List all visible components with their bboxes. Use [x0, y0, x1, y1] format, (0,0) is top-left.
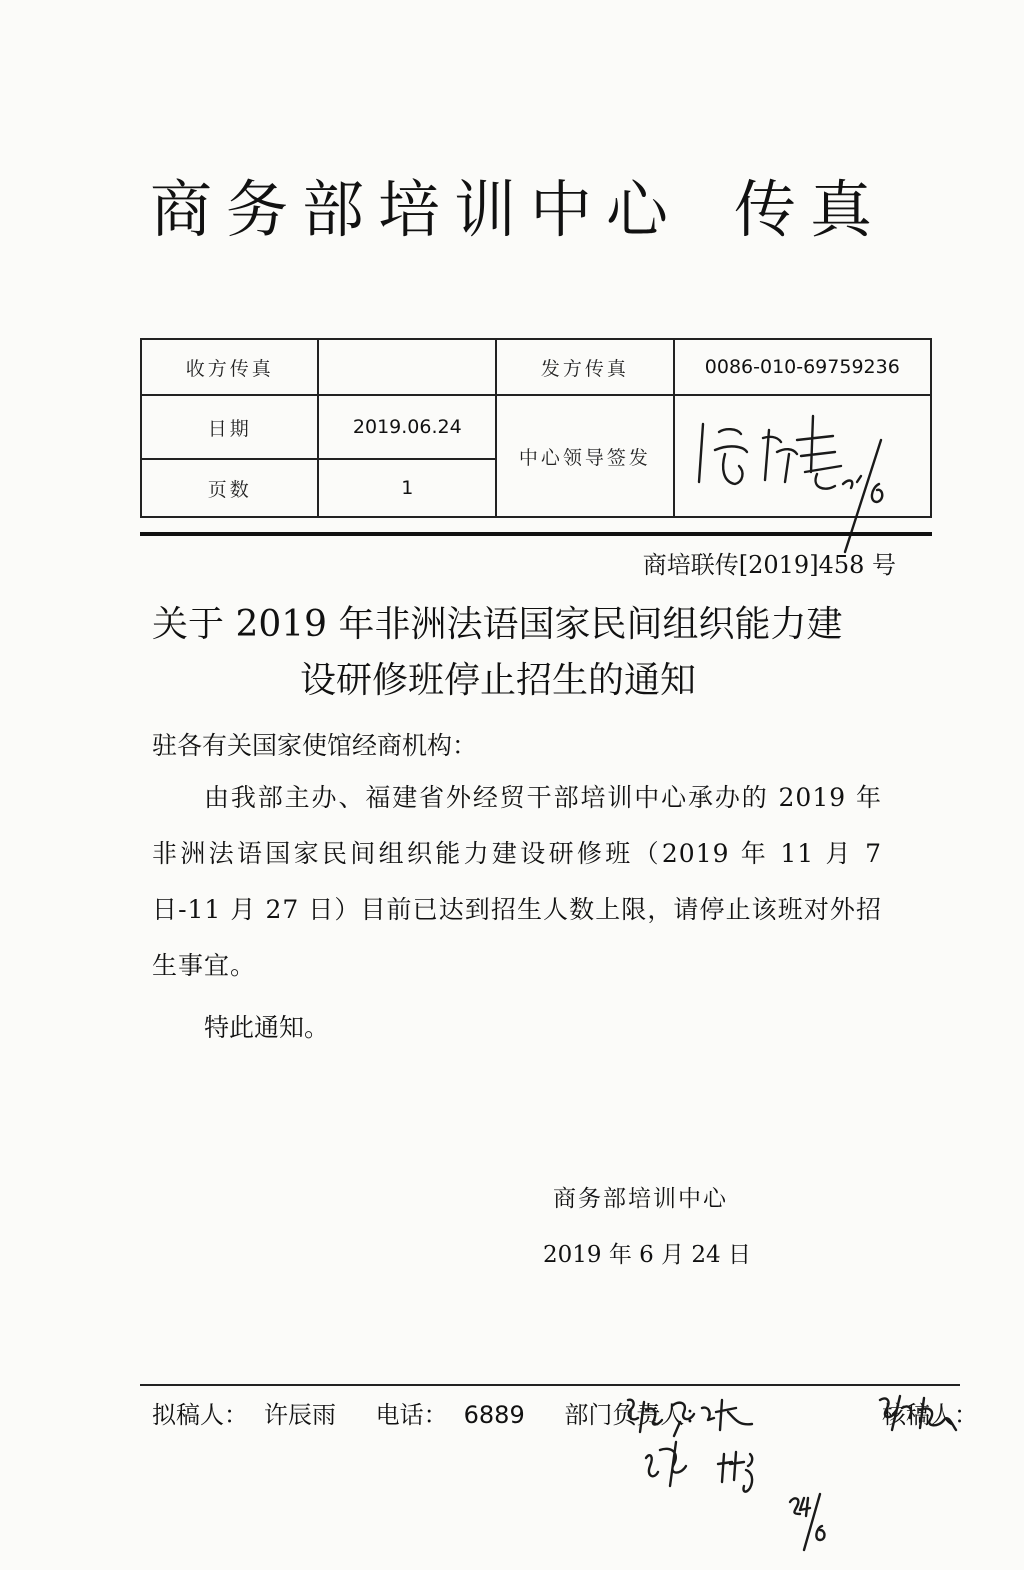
pages-label: 页数 [141, 459, 318, 517]
drafter-label: 拟稿人： [152, 1401, 248, 1429]
date-value: 2019.06.24 [318, 395, 496, 459]
phone-label: 电话： [376, 1401, 448, 1429]
document-number: 商培联传[2019]458 号 [643, 545, 896, 580]
fax-info-table: 收方传真 发方传真 0086-010-69759236 日期 2019.06.2… [140, 338, 932, 518]
approval-label: 中心领导签发 [496, 395, 673, 517]
notice-title-line-2: 设研修班停止招生的通知 [300, 654, 1024, 708]
handwritten-date-icon [786, 1490, 836, 1560]
recipient-fax-label: 收方传真 [141, 339, 318, 395]
document-header: 商务部培训中心传真 [150, 168, 910, 252]
handwritten-initials-icon [640, 1432, 710, 1492]
footer-rule [140, 1384, 960, 1386]
drafter-name: 许辰雨 [264, 1401, 336, 1429]
date-label: 日期 [141, 395, 318, 459]
pages-value: 1 [318, 459, 496, 517]
recipient-fax-value [318, 339, 496, 395]
approval-signature [674, 395, 931, 517]
handwritten-initials-icon [716, 1448, 776, 1508]
phone-value: 6889 [464, 1401, 525, 1429]
divider-rule [140, 532, 932, 536]
sender-fax-value: 0086-010-69759236 [674, 339, 931, 395]
salutation: 驻各有关国家使馆经商机构： [152, 718, 882, 774]
doc-type: 传真 [734, 173, 886, 246]
sender-fax-label: 发方传真 [496, 339, 673, 395]
closing-remark: 特此通知。 [204, 1000, 934, 1056]
signature-organization: 商务部培训中心 [553, 1180, 728, 1213]
handwritten-signature-icon [685, 402, 915, 532]
notice-body-paragraph: 由我部主办、福建省外经贸干部培训中心承办的 2019 年非洲法语国家民间组织能力… [152, 770, 882, 994]
notice-title-line-1: 关于 2019 年非洲法语国家民间组织能力建 [152, 598, 912, 652]
reviewer-signature-icon [872, 1390, 962, 1440]
org-title: 商务部培训中心 [150, 173, 682, 246]
signature-date: 2019 年 6 月 24 日 [543, 1236, 751, 1269]
